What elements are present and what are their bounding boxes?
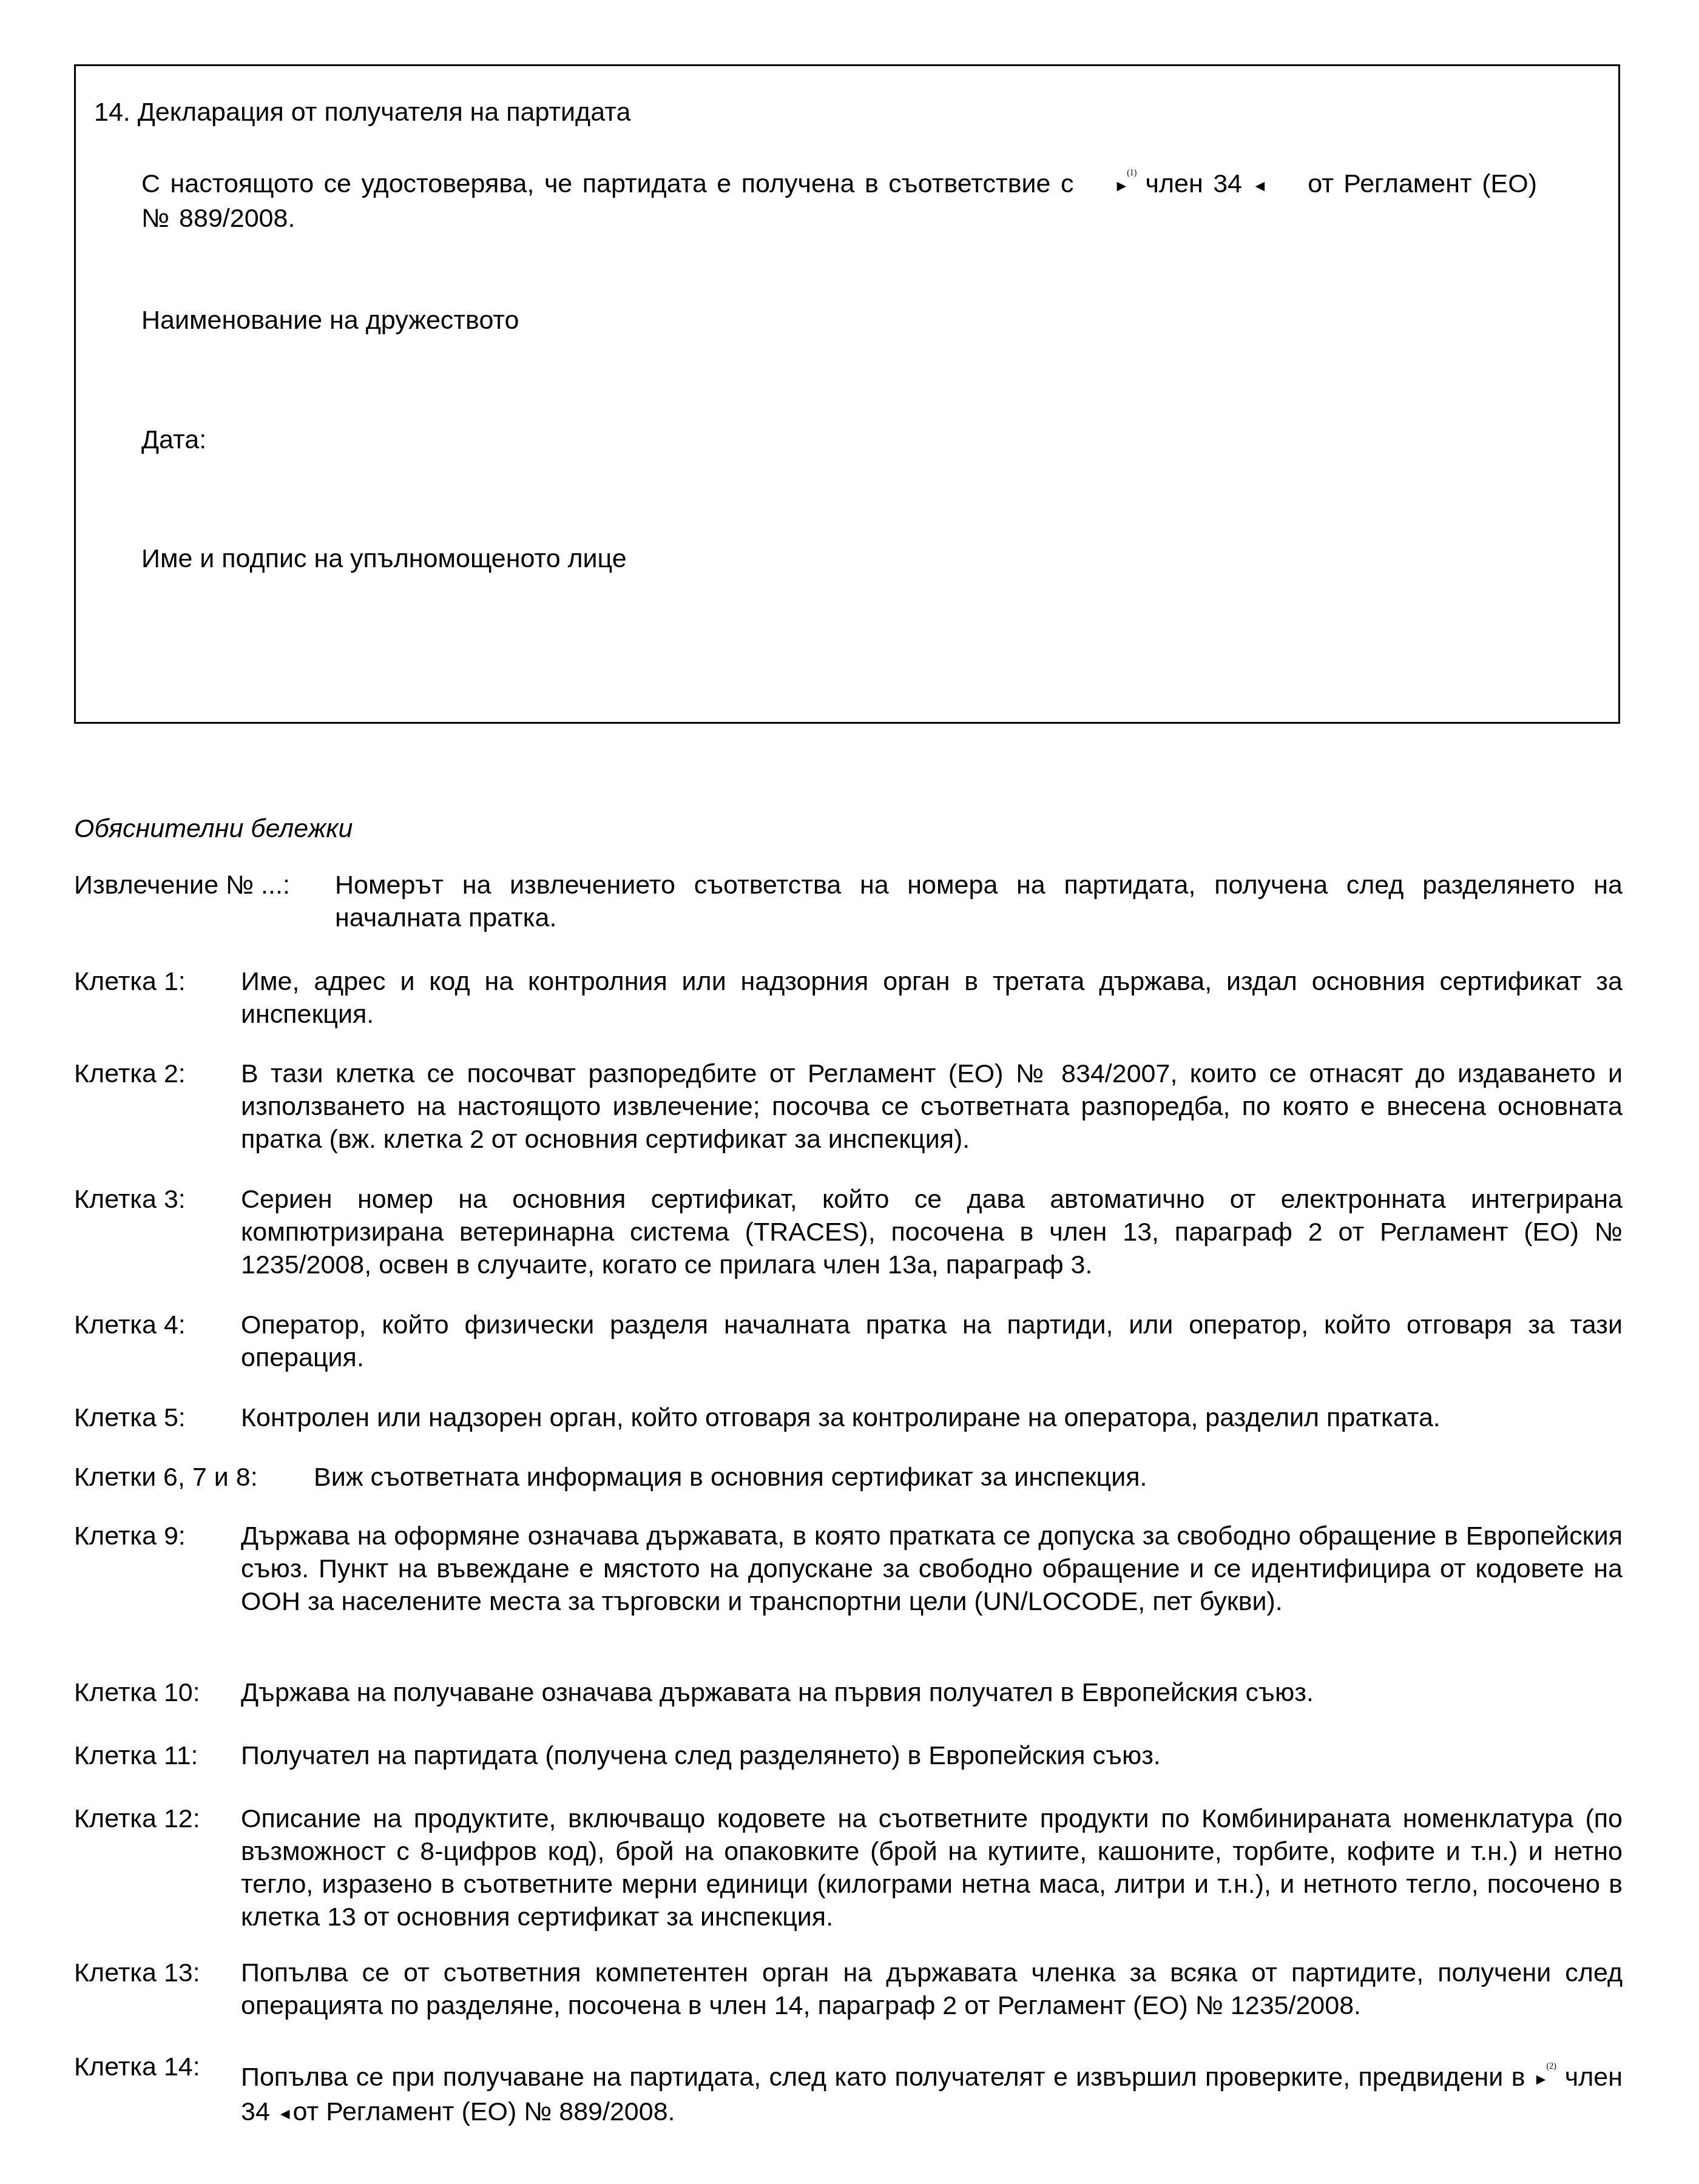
note-text: Оператор, който физически разделя началн… (241, 1309, 1623, 1374)
note-item: Клетка 14: Попълва се при получаване на … (74, 2051, 1623, 2129)
note-text: Държава на получаване означава държавата… (241, 1676, 1623, 1709)
note-label: Клетка 10: (74, 1676, 200, 1709)
note-label: Клетка 13: (74, 1956, 200, 1989)
note-label: Клетка 12: (74, 1802, 200, 1835)
note-item: Клетка 9: Държава на оформяне означава д… (74, 1520, 1623, 1618)
footnote-ref: (2) (1547, 2062, 1556, 2071)
note-label: Клетка 11: (74, 1739, 198, 1772)
date-field: Дата: (141, 425, 206, 455)
note-item: Клетка 2: В тази клетка се посочват разп… (74, 1057, 1623, 1156)
amendment-end-marker-icon: ◄ (1252, 177, 1268, 195)
note-item: Клетка 11: Получател на партидата (получ… (74, 1739, 1623, 1772)
note-label: Клетки 6, 7 и 8: (74, 1461, 258, 1494)
certification-text: С настоящото се удостоверява, че партида… (141, 169, 1073, 198)
note-item: Извлечение № ...: Номерът на извлечениет… (74, 869, 1623, 934)
notes-heading: Обяснителни бележки (74, 814, 353, 844)
certification-statement: С настоящото се удостоверява, че партида… (141, 157, 1537, 235)
declaration-box: 14. Декларация от получателя на партидат… (74, 64, 1620, 724)
note-label: Извлечение № ...: (74, 869, 290, 902)
amendment-end-marker-icon: ◄ (277, 2104, 293, 2122)
note-text: Номерът на извлечението съответства на н… (335, 869, 1623, 934)
note-text: Контролен или надзорен орган, който отго… (241, 1401, 1623, 1434)
note-label: Клетка 3: (74, 1183, 186, 1216)
declaration-title: 14. Декларация от получателя на партидат… (94, 98, 630, 127)
amendment-start-marker-icon: ► (1113, 177, 1129, 195)
footnote-ref: (1) (1127, 169, 1137, 178)
note-item: Клетка 1: Име, адрес и код на контролния… (74, 965, 1623, 1031)
note-label: Клетка 2: (74, 1057, 186, 1090)
note-text: Име, адрес и код на контролния или надзо… (241, 965, 1623, 1031)
note-item: Клетка 5: Контролен или надзорен орган, … (74, 1401, 1623, 1434)
note-item: Клетка 4: Оператор, който физически разд… (74, 1309, 1623, 1374)
note-text: Получател на партидата (получена след ра… (241, 1739, 1623, 1772)
note-text: Държава на оформяне означава държавата, … (241, 1520, 1623, 1618)
note-item: Клетка 13: Попълва се от съответния комп… (74, 1956, 1623, 2022)
note-label: Клетка 5: (74, 1401, 186, 1434)
article-reference: член 34 (1145, 169, 1241, 198)
note-text: В тази клетка се посочват разпоредбите о… (241, 1057, 1623, 1156)
note-text-start: Попълва се при получаване на партидата, … (241, 2063, 1525, 2092)
note-item: Клетка 3: Сериен номер на основния серти… (74, 1183, 1623, 1281)
note-item: Клетки 6, 7 и 8: Виж съответната информа… (74, 1461, 1623, 1494)
note-item: Клетка 12: Описание на продуктите, включ… (74, 1802, 1623, 1933)
note-label: Клетка 9: (74, 1520, 186, 1552)
note-item: Клетка 10: Държава на получаване означав… (74, 1676, 1623, 1709)
note-text: Сериен номер на основния сертификат, кой… (241, 1183, 1623, 1281)
note-text: Виж съответната информация в основния се… (314, 1461, 1623, 1494)
note-text-end: от Регламент (ЕО) № 889/2008. (293, 2097, 675, 2126)
note-label: Клетка 4: (74, 1309, 186, 1341)
note-text: Попълва се при получаване на партидата, … (241, 2051, 1623, 2129)
company-name-field: Наименование на дружеството (141, 306, 519, 335)
signature-field: Име и подпис на упълномощеното лице (141, 544, 627, 574)
note-text: Описание на продуктите, включващо кодове… (241, 1802, 1623, 1933)
note-label: Клетка 14: (74, 2051, 200, 2083)
note-text: Попълва се от съответния компетентен орг… (241, 1956, 1623, 2022)
note-label: Клетка 1: (74, 965, 186, 998)
amendment-start-marker-icon: ► (1533, 2070, 1549, 2088)
